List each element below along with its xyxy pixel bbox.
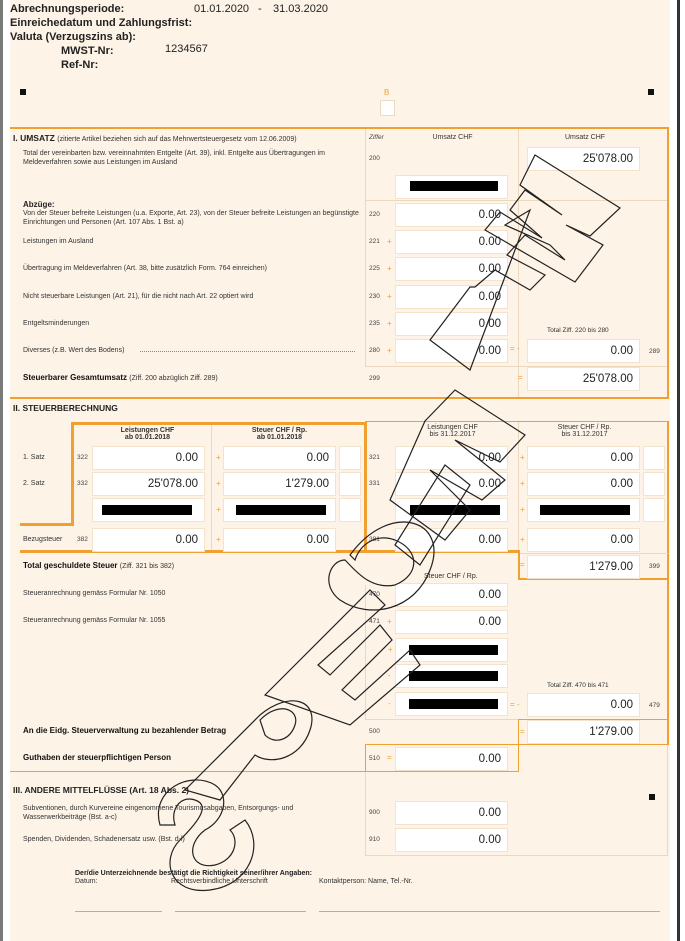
code-old: 321 (369, 454, 380, 461)
col-steuer-new-2: ab 01.01.2018 (222, 434, 337, 441)
redaction-bar (409, 645, 498, 655)
credit-470-text: Steueranrechnung gemäss Formular Nr. 105… (23, 590, 165, 597)
registration-mark (20, 89, 26, 95)
dotted-leader (140, 351, 355, 352)
section1-title-text: I. UMSATZ (13, 133, 55, 143)
code-289: 289 (649, 348, 660, 355)
redaction-bar (409, 699, 498, 709)
op-plus: + (387, 237, 392, 246)
new-rates-step-rule (20, 523, 74, 526)
code-235: 235 (369, 320, 380, 327)
op-plus: + (387, 292, 392, 301)
divider (365, 129, 366, 366)
col-umsatz-1: Umsatz CHF (395, 134, 510, 141)
field-rp-new[interactable] (339, 446, 361, 470)
section1-top-rule (10, 127, 668, 129)
redaction-bar (236, 505, 326, 515)
op-sign: + (388, 645, 393, 654)
period-from: 01.01.2020 (194, 3, 249, 15)
code-280: 280 (369, 347, 380, 354)
redaction-bar (102, 505, 192, 515)
code-230: 230 (369, 293, 380, 300)
op-equals: = (520, 727, 525, 736)
op-plus: + (216, 505, 221, 514)
code-old: 331 (369, 480, 380, 487)
op-equals: = (518, 373, 523, 382)
field-leist-new[interactable]: 0.00 (92, 528, 205, 552)
op-plus: + (387, 617, 392, 626)
rate-label: Bezugsteuer (23, 536, 62, 543)
col-leist-old-2: bis 31.12.2017 (395, 431, 510, 438)
section2-right-rule (667, 421, 669, 586)
row-230-text: Nicht steuerbare Leistungen (Art. 21), f… (23, 292, 363, 301)
op-plus: + (520, 453, 525, 462)
field-235[interactable]: 0.00 (395, 312, 508, 336)
divider (518, 553, 668, 554)
divider (667, 745, 668, 856)
code-299: 299 (369, 375, 380, 382)
code-910: 910 (369, 836, 380, 843)
op-plus: + (520, 535, 525, 544)
code-900: 900 (369, 809, 380, 816)
section3-title: III. ANDERE MITTELFLÜSSE (Art. 18 Abs. 2… (13, 785, 189, 795)
row-200-code: 200 (369, 155, 380, 162)
taxable-total-title: Steuerbarer Gesamtumsatz (23, 373, 127, 382)
divider (365, 200, 667, 201)
col-leist-new-2: ab 01.01.2018 (90, 434, 205, 441)
field-steuer-old[interactable]: 0.00 (527, 472, 640, 496)
field-510[interactable]: 0.00 (395, 747, 508, 771)
credit-total-label: Total Ziff. 470 bis 471 (547, 682, 609, 689)
divider (211, 425, 212, 550)
field-rp-old[interactable] (643, 472, 665, 496)
op-plus: + (216, 453, 221, 462)
field-steuer-new[interactable]: 0.00 (223, 446, 336, 470)
op-plus: + (387, 319, 392, 328)
divider (518, 129, 519, 397)
field-leist-old[interactable]: 0.00 (395, 528, 508, 552)
valuta-label: Valuta (Verzugszins ab): (10, 31, 136, 43)
credit-left-rule (365, 744, 366, 771)
field-leist-new[interactable]: 25'078.00 (92, 472, 205, 496)
pay-left-rule (518, 719, 519, 745)
total-220-280-label: Total Ziff. 220 bis 280 (547, 327, 609, 334)
guthaben-label: Guthaben der steuerpflichtigen Person (23, 753, 171, 762)
credit-right-rule (518, 744, 519, 771)
code-220: 220 (369, 211, 380, 218)
row-220-text: Von der Steuer befreite Leistungen (u.a.… (23, 209, 363, 227)
section2-bottom-rule (10, 771, 519, 772)
signature-line[interactable] (175, 911, 306, 912)
code-479: 479 (649, 702, 660, 709)
col-ziffer: Ziffer (369, 134, 384, 141)
code-500: 500 (369, 728, 380, 735)
row-225-text: Übertragung im Meldeverfahren (Art. 38, … (23, 264, 363, 273)
field-900[interactable]: 0.00 (395, 801, 508, 825)
op-sign: - (388, 699, 391, 708)
code-510: 510 (369, 755, 380, 762)
field-220[interactable]: 0.00 (395, 203, 508, 227)
redaction-bar (410, 181, 498, 191)
period-to: 31.03.2020 (273, 3, 328, 15)
field-479[interactable]: 0.00 (527, 693, 640, 717)
period-label: Abrechnungsperiode: (10, 3, 124, 15)
op-plus: + (216, 479, 221, 488)
op-equals-minus: = - (510, 344, 520, 353)
mwst-value: 1234567 (165, 43, 208, 55)
col-umsatz-2: Umsatz CHF (530, 134, 640, 141)
abzuege-label: Abzüge: (23, 200, 55, 209)
op-equals-minus: = - (510, 700, 520, 709)
row-221-text: Leistungen im Ausland (23, 237, 363, 246)
field-rp-new[interactable] (339, 472, 361, 496)
col-leist-old: Leistungen CHFbis 31.12.2017 (395, 424, 510, 438)
field-500[interactable]: 1'279.00 (527, 720, 640, 744)
rate-label: 1. Satz (23, 454, 45, 461)
redaction-bar (540, 505, 630, 515)
mwst-label: MWST-Nr: (61, 45, 114, 57)
field-471[interactable]: 0.00 (395, 610, 508, 634)
col-steuer-old-2: bis 31.12.2017 (527, 431, 642, 438)
b-field-label: B (384, 88, 389, 97)
op-equals: = (520, 560, 525, 569)
divider (365, 855, 667, 856)
new-rates-left-rule (71, 422, 74, 526)
signature-label: Rechtsverbindliche Unterschrift (171, 878, 268, 885)
credit-471-text: Steueranrechnung gemäss Formular Nr. 105… (23, 617, 165, 624)
code-new: 332 (77, 480, 88, 487)
registration-mark (648, 89, 654, 95)
window-frame-left (0, 0, 3, 941)
field-rp-old[interactable] (643, 498, 665, 522)
divider (365, 772, 366, 856)
col-steuer-old-1: Steuer CHF / Rp. (527, 424, 642, 431)
field-steuer-old[interactable]: 0.00 (527, 528, 640, 552)
signature-confirm: Der/die Unterzeichnende bestätigt die Ri… (75, 870, 312, 877)
section2-title: II. STEUERBERECHNUNG (13, 403, 118, 413)
field-399[interactable]: 1'279.00 (527, 555, 640, 579)
col-leist-new: Leistungen CHFab 01.01.2018 (90, 427, 205, 441)
divider (365, 585, 366, 719)
op-plus: + (520, 505, 525, 514)
col-steuer-new-1: Steuer CHF / Rp. (222, 427, 337, 434)
taxable-total-label: Steuerbarer Gesamtumsatz (Ziff. 200 abzü… (23, 373, 218, 382)
code-221: 221 (369, 238, 380, 245)
redaction-bar (410, 505, 500, 515)
other-910-text: Spenden, Dividenden, Schadenersatz usw. … (23, 835, 343, 844)
field-280[interactable]: 0.00 (395, 339, 508, 363)
row-200-text: Total der vereinbarten bzw. vereinnahmte… (23, 149, 363, 167)
op-plus: + (387, 346, 392, 355)
section3-title-text: III. ANDERE MITTELFLÜSSE (13, 785, 127, 795)
field-rp-old[interactable] (643, 446, 665, 470)
contact-label: Kontaktperson: Name, Tel.-Nr. (319, 878, 413, 885)
code-new: 382 (77, 536, 88, 543)
section1-right-rule (667, 127, 669, 399)
date-line[interactable] (75, 911, 162, 912)
total-tax-sub: (Ziff. 321 bis 382) (120, 563, 174, 570)
section3-title-sub: (Art. 18 Abs. 2) (129, 785, 189, 795)
rate-label: 2. Satz (23, 480, 45, 487)
section2-right-top-rule (365, 421, 668, 422)
new-rates-right-rule (364, 422, 367, 552)
period-separator: - (258, 3, 262, 15)
deadline-label: Einreichedatum und Zahlungsfrist: (10, 17, 192, 29)
b-checkbox[interactable] (380, 100, 395, 116)
pay-bottom-rule (365, 744, 669, 745)
field-230[interactable]: 0.00 (395, 285, 508, 309)
code-399: 399 (649, 563, 660, 570)
total-tax-title: Total geschuldete Steuer (23, 561, 118, 570)
field-299[interactable]: 25'078.00 (527, 367, 640, 391)
redaction-bar (409, 671, 498, 681)
section1-title: I. UMSATZ (zitierte Artikel beziehen sic… (13, 133, 297, 143)
pay-label: An die Eidg. Steuerverwaltung zu bezahle… (23, 726, 226, 735)
field-steuer-new[interactable]: 1'279.00 (223, 472, 336, 496)
field-470[interactable]: 0.00 (395, 583, 508, 607)
row-235-text: Entgeltsminderungen (23, 319, 363, 328)
taxable-total-sub: (Ziff. 200 abzüglich Ziff. 289) (129, 375, 217, 382)
date-label: Datum: (75, 878, 98, 885)
field-steuer-old[interactable]: 0.00 (527, 446, 640, 470)
op-sign: - (388, 671, 391, 680)
op-equals: = (387, 753, 392, 762)
section1-bottom-rule (10, 397, 669, 399)
field-rp-new[interactable] (339, 498, 361, 522)
col-leist-new-1: Leistungen CHF (90, 427, 205, 434)
contact-line[interactable] (319, 911, 660, 912)
code-new: 322 (77, 454, 88, 461)
code-470: 470 (369, 591, 380, 598)
credit-col-head: Steuer CHF / Rp. (424, 573, 478, 580)
section1-subtitle: (zitierte Artikel beziehen sich auf das … (57, 136, 296, 143)
col-leist-old-1: Leistungen CHF (395, 424, 510, 431)
col-steuer-new: Steuer CHF / Rp.ab 01.01.2018 (222, 427, 337, 441)
field-steuer-new[interactable]: 0.00 (223, 528, 336, 552)
registration-mark (649, 794, 655, 800)
field-leist-new[interactable]: 0.00 (92, 446, 205, 470)
op-plus: + (520, 479, 525, 488)
divider (518, 422, 519, 550)
field-289[interactable]: 0.00 (527, 339, 640, 363)
total-tax-label: Total geschuldete Steuer (Ziff. 321 bis … (23, 561, 174, 570)
op-plus: + (216, 535, 221, 544)
field-leist-old[interactable]: 0.00 (395, 472, 508, 496)
field-200[interactable]: 25'078.00 (527, 147, 640, 171)
field-225[interactable]: 0.00 (395, 257, 508, 281)
code-471: 471 (369, 618, 380, 625)
ref-label: Ref-Nr: (61, 59, 98, 71)
window-frame-right (677, 0, 680, 941)
code-225: 225 (369, 265, 380, 272)
op-plus: + (387, 264, 392, 273)
col-steuer-old: Steuer CHF / Rp.bis 31.12.2017 (527, 424, 642, 438)
field-910[interactable]: 0.00 (395, 828, 508, 852)
field-leist-old[interactable]: 0.00 (395, 446, 508, 470)
field-221[interactable]: 0.00 (395, 230, 508, 254)
code-old: 381 (369, 536, 380, 543)
other-900-text: Subventionen, durch Kurvereine eingenomm… (23, 804, 343, 822)
new-rates-top-rule (71, 422, 367, 425)
